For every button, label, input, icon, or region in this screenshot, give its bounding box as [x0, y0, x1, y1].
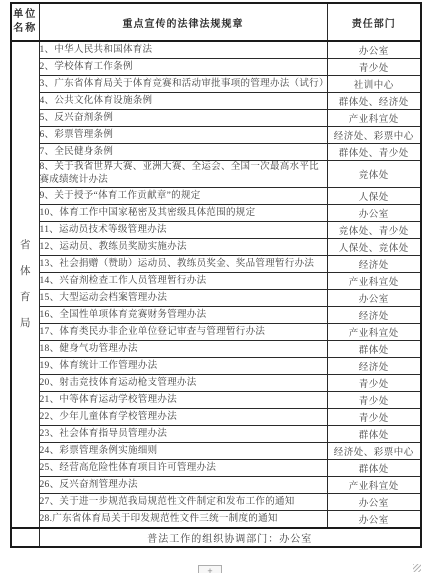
- table-row: 7、全民健身条例 群体处、青少处: [11, 144, 421, 161]
- plus-button[interactable]: +: [198, 565, 222, 573]
- dept-cell: 产业科宣处: [327, 477, 421, 494]
- unit-name-cell: 省体育局: [11, 41, 39, 528]
- law-cell: 14、兴奋剂检查工作人员管理暂行办法: [39, 273, 327, 290]
- dept-cell: 经济处: [327, 307, 421, 324]
- dept-cell: 办公室: [327, 205, 421, 222]
- table-row: 10、体育工作中国家秘密及其密级具体范围的规定 办公室: [11, 205, 421, 222]
- dept-cell: 产业科宣处: [327, 273, 421, 290]
- table-row: 19、体育统计工作管理办法 经济处: [11, 358, 421, 375]
- dept-cell: 经济处、彩票中心: [327, 127, 421, 144]
- table-row: 23、社会体育指导员管理办法 群体处: [11, 426, 421, 443]
- dept-cell: 竞体处: [327, 161, 421, 188]
- dept-cell: 青少处: [327, 59, 421, 76]
- dept-cell: 群体处: [327, 460, 421, 477]
- law-cell: 3、广东省体育局关于体育竞赛和活动审批事项的管理办法（试行）: [39, 76, 327, 93]
- law-cell: 13、社会捐赠（赞助）运动员、教练员奖金、奖品管理暂行办法: [39, 256, 327, 273]
- dept-cell: 人保处、竞体处: [327, 239, 421, 256]
- dept-cell: 经济处: [327, 358, 421, 375]
- law-cell: 28.广东省体育局关于印发规范性文件三统一制度的通知: [39, 511, 327, 529]
- resize-handle-icon[interactable]: [413, 564, 421, 572]
- dept-cell: 群体处: [327, 426, 421, 443]
- law-cell: 7、全民健身条例: [39, 144, 327, 161]
- plus-icon: +: [207, 566, 212, 573]
- unit-name-header: 单位 名称: [11, 3, 39, 41]
- table-row: 16、全国性单项体育竞赛财务管理办法 经济处: [11, 307, 421, 324]
- table-row: 28.广东省体育局关于印发规范性文件三统一制度的通知 办公室: [11, 511, 421, 529]
- table-row: 13、社会捐赠（赞助）运动员、教练员奖金、奖品管理暂行办法 经济处: [11, 256, 421, 273]
- law-cell: 26、反兴奋剂管理办法: [39, 477, 327, 494]
- dept-cell: 办公室: [327, 511, 421, 529]
- table-row: 4、公共文化体育设施条例 群体处、经济处: [11, 93, 421, 110]
- document-page: 单位 名称 重点宣传的法律法规规章 责任部门 省体育局1、中华人民共和国体育法 …: [0, 0, 422, 573]
- law-cell: 27、关于进一步规范我局规范性文件制定和发布工作的通知: [39, 494, 327, 511]
- dept-cell: 社训中心: [327, 76, 421, 93]
- table-row: 2、学校体育工作条例 青少处: [11, 59, 421, 76]
- dept-cell: 群体处: [327, 341, 421, 358]
- table-row: 8、关于我省世界大赛、亚洲大赛、全运会、全国一次最高水平比赛成绩统计办法 竞体处: [11, 161, 421, 188]
- law-cell: 6、彩票管理条例: [39, 127, 327, 144]
- law-cell: 25、经营高危险性体育项目许可管理办法: [39, 460, 327, 477]
- law-cell: 4、公共文化体育设施条例: [39, 93, 327, 110]
- table-row: 22、少年儿童体育学校管理办法 青少处: [11, 409, 421, 426]
- dept-cell: 经济处: [327, 256, 421, 273]
- dept-cell: 人保处: [327, 188, 421, 205]
- law-cell: 12、运动员、教练员奖励实施办法: [39, 239, 327, 256]
- table-row: 24、彩票管理条例实施细则 经济处、彩票中心: [11, 443, 421, 460]
- law-cell: 18、健身气功管理办法: [39, 341, 327, 358]
- table-row: 20、射击竞技体育运动枪支管理办法 青少处: [11, 375, 421, 392]
- table-row: 5、反兴奋剂条例 产业科宣处: [11, 110, 421, 127]
- table-row: 25、经营高危险性体育项目许可管理办法 群体处: [11, 460, 421, 477]
- table-row: 9、关于授予“体育工作贡献章”的规定 人保处: [11, 188, 421, 205]
- footer-note: 普法工作的组织协调部门：办公室: [39, 528, 421, 547]
- law-cell: 2、学校体育工作条例: [39, 59, 327, 76]
- table-row: 21、中等体育运动学校管理办法 青少处: [11, 392, 421, 409]
- unit-name: 省体育局: [19, 233, 31, 337]
- dept-cell: 青少处: [327, 375, 421, 392]
- table-row: 27、关于进一步规范我局规范性文件制定和发布工作的通知 办公室: [11, 494, 421, 511]
- dept-cell: 竞体处、青少处: [327, 222, 421, 239]
- dept-cell: 产业科宣处: [327, 110, 421, 127]
- table-row: 11、运动员技术等级管理办法 竞体处、青少处: [11, 222, 421, 239]
- law-cell: 24、彩票管理条例实施细则: [39, 443, 327, 460]
- law-cell: 5、反兴奋剂条例: [39, 110, 327, 127]
- law-cell: 9、关于授予“体育工作贡献章”的规定: [39, 188, 327, 205]
- law-cell: 22、少年儿童体育学校管理办法: [39, 409, 327, 426]
- table-row: 14、兴奋剂检查工作人员管理暂行办法 产业科宣处: [11, 273, 421, 290]
- dept-cell: 办公室: [327, 290, 421, 307]
- dept-cell: 办公室: [327, 41, 421, 59]
- law-cell: 1、中华人民共和国体育法: [39, 41, 327, 59]
- dept-cell: 办公室: [327, 494, 421, 511]
- law-cell: 21、中等体育运动学校管理办法: [39, 392, 327, 409]
- law-cell: 8、关于我省世界大赛、亚洲大赛、全运会、全国一次最高水平比赛成绩统计办法: [39, 161, 327, 188]
- law-cell: 17、体育类民办非企业单位登记审查与管理暂行办法: [39, 324, 327, 341]
- footer-empty-cell: [11, 528, 39, 547]
- unit-header-line2: 名称: [12, 22, 39, 36]
- table-row: 省体育局1、中华人民共和国体育法 办公室: [11, 41, 421, 59]
- dept-cell: 经济处、彩票中心: [327, 443, 421, 460]
- dept-cell: 青少处: [327, 409, 421, 426]
- dept-cell: 青少处: [327, 392, 421, 409]
- header-row: 单位 名称 重点宣传的法律法规规章 责任部门: [11, 3, 421, 41]
- footer-row: 普法工作的组织协调部门：办公室: [11, 528, 421, 547]
- dept-cell: 产业科宣处: [327, 324, 421, 341]
- dept-cell: 群体处、经济处: [327, 93, 421, 110]
- table-row: 3、广东省体育局关于体育竞赛和活动审批事项的管理办法（试行） 社训中心: [11, 76, 421, 93]
- table-row: 6、彩票管理条例 经济处、彩票中心: [11, 127, 421, 144]
- table-row: 18、健身气功管理办法 群体处: [11, 341, 421, 358]
- dept-header: 责任部门: [327, 3, 421, 41]
- law-cell: 23、社会体育指导员管理办法: [39, 426, 327, 443]
- law-cell: 11、运动员技术等级管理办法: [39, 222, 327, 239]
- law-cell: 15、大型运动会档案管理办法: [39, 290, 327, 307]
- law-cell: 10、体育工作中国家秘密及其密级具体范围的规定: [39, 205, 327, 222]
- law-cell: 19、体育统计工作管理办法: [39, 358, 327, 375]
- table-row: 26、反兴奋剂管理办法 产业科宣处: [11, 477, 421, 494]
- dept-cell: 群体处、青少处: [327, 144, 421, 161]
- unit-header-line1: 单位: [12, 8, 39, 22]
- table-row: 12、运动员、教练员奖励实施办法 人保处、竞体处: [11, 239, 421, 256]
- table-row: 15、大型运动会档案管理办法 办公室: [11, 290, 421, 307]
- laws-header: 重点宣传的法律法规规章: [39, 3, 327, 41]
- law-cell: 20、射击竞技体育运动枪支管理办法: [39, 375, 327, 392]
- table-row: 17、体育类民办非企业单位登记审查与管理暂行办法 产业科宣处: [11, 324, 421, 341]
- law-cell: 16、全国性单项体育竞赛财务管理办法: [39, 307, 327, 324]
- regulations-table: 单位 名称 重点宣传的法律法规规章 责任部门 省体育局1、中华人民共和国体育法 …: [10, 2, 422, 548]
